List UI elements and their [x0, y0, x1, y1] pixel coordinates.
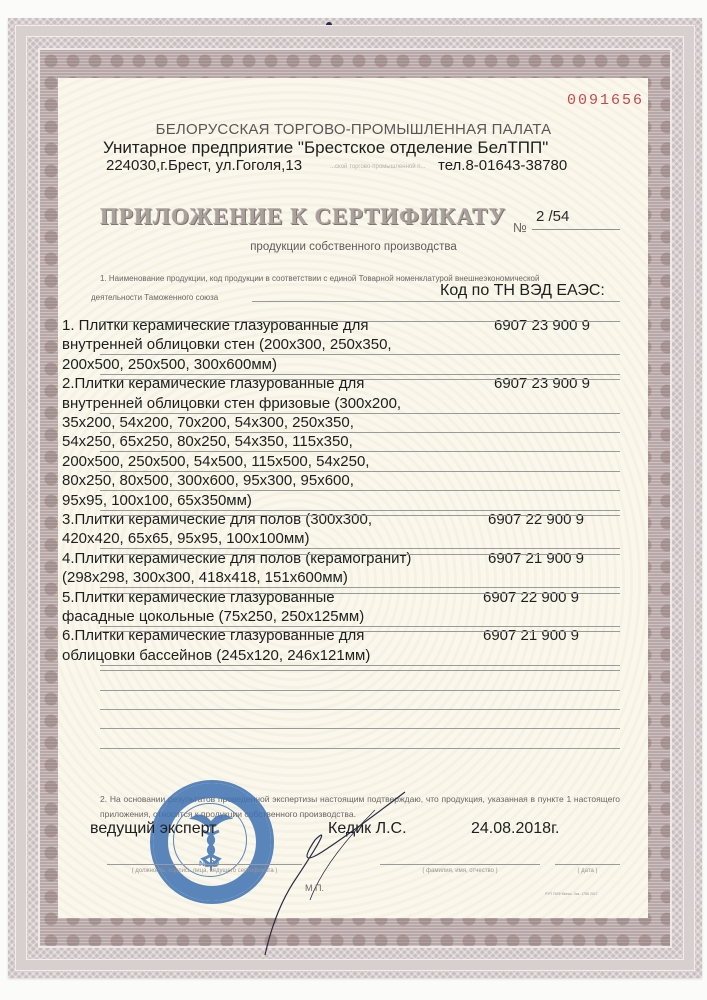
product-line: облицовки бассейнов (245x120, 246x121мм) [62, 647, 370, 664]
printer-note: РУП ПИФ Минск. Зак. 1756 2017 [545, 892, 598, 896]
product-line: внутренней облицовки стен (200x300, 250x… [62, 336, 392, 353]
ruled-line [100, 515, 620, 516]
product-line: 3.Плитки керамические для полов (300x300… [62, 511, 372, 528]
seal-mark-label: М.П. [305, 883, 324, 893]
caption-role: ( должность, подпись лица, ведущего серт… [107, 868, 302, 874]
section1-label-line2: деятельности Таможенного союза [91, 293, 218, 302]
product-line: 95x95, 100x100, 65x350мм) [62, 492, 252, 509]
signer-role: ведущий эксперт [90, 820, 216, 838]
product-line: 2.Плитки керамические глазурованные для [62, 375, 364, 392]
product-line: 35x200, 54x200, 70x200, 54x300, 250x350, [62, 414, 354, 431]
ruled-line [100, 631, 620, 632]
date-signature-line [555, 864, 620, 865]
product-line: внутренней облицовки стен фризовые (300x… [62, 395, 401, 412]
caption-date: ( дата ) [555, 868, 620, 874]
product-line: (298x298, 300x300, 418x418, 151x600мм) [62, 569, 348, 586]
product-code: 6907 21 900 9 [483, 627, 579, 644]
appendix-number: 2 /54 [536, 208, 569, 225]
ruled-line [100, 379, 620, 380]
role-signature-line [107, 864, 302, 865]
product-code: 6907 22 900 9 [483, 589, 579, 606]
chamber-name: БЕЛОРУССКАЯ ТОРГОВО-ПРОМЫШЛЕННАЯ ПАЛАТА [0, 121, 707, 138]
empty-ruled-line [100, 670, 620, 671]
document-subtitle: продукции собственного производства [0, 241, 707, 253]
code-column-header: Код по ТН ВЭД ЕАЭС: [440, 282, 605, 300]
caption-name: ( фамилия, имя, отчество ) [380, 868, 540, 874]
section1-underline [252, 301, 620, 302]
product-line: 54x250, 65x250, 80x250, 54x350, 115x350, [62, 433, 353, 450]
organization-name: Унитарное предприятие "Брестское отделен… [103, 138, 548, 158]
product-code: 6907 23 900 9 [494, 317, 590, 334]
ruled-line [100, 665, 620, 666]
ruled-line [100, 593, 620, 594]
product-line: 4.Плитки керамические для полов (керамог… [62, 550, 411, 567]
ruled-line [100, 554, 620, 555]
empty-ruled-line [100, 709, 620, 710]
product-line: 80x250, 80x500, 300x600, 95x300, 95x600, [62, 472, 354, 489]
empty-ruled-line [100, 690, 620, 691]
product-line: 1. Плитки керамические глазурованные для [62, 317, 369, 334]
organization-address: 224030,г.Брест, ул.Гоголя,13 [106, 157, 302, 174]
faint-overprint: ...ской торгово-промышленной п... [330, 164, 426, 170]
product-code: 6907 21 900 9 [488, 550, 584, 567]
product-code: 6907 22 900 9 [488, 511, 584, 528]
ruled-line [100, 321, 620, 322]
empty-ruled-line [100, 728, 620, 729]
product-code: 6907 23 900 9 [494, 375, 590, 392]
number-underline [532, 229, 620, 230]
product-line: 5.Плитки керамические глазурованные [62, 589, 335, 606]
signature-mark [255, 790, 415, 960]
product-line: 200x500, 250x500, 54x500, 115x500, 54x25… [62, 453, 369, 470]
name-signature-line [380, 864, 540, 865]
sign-date: 24.08.2018г. [471, 820, 559, 838]
product-line: 200x500, 250x500, 300x600мм) [62, 356, 277, 373]
number-label: № [513, 220, 527, 235]
organization-phone: тел.8-01643-38780 [438, 157, 567, 174]
empty-ruled-line [100, 748, 620, 749]
product-line: фасадные цокольные (75x250, 250x125мм) [62, 608, 364, 625]
serial-number: 0091656 [567, 92, 644, 109]
product-line: 420x420, 65x65, 95x95, 100x100мм) [62, 530, 309, 547]
product-line: 6.Плитки керамические глазурованные для [62, 627, 364, 644]
document-title: ПРИЛОЖЕНИЕ К СЕРТИФИКАТУ [100, 204, 506, 230]
